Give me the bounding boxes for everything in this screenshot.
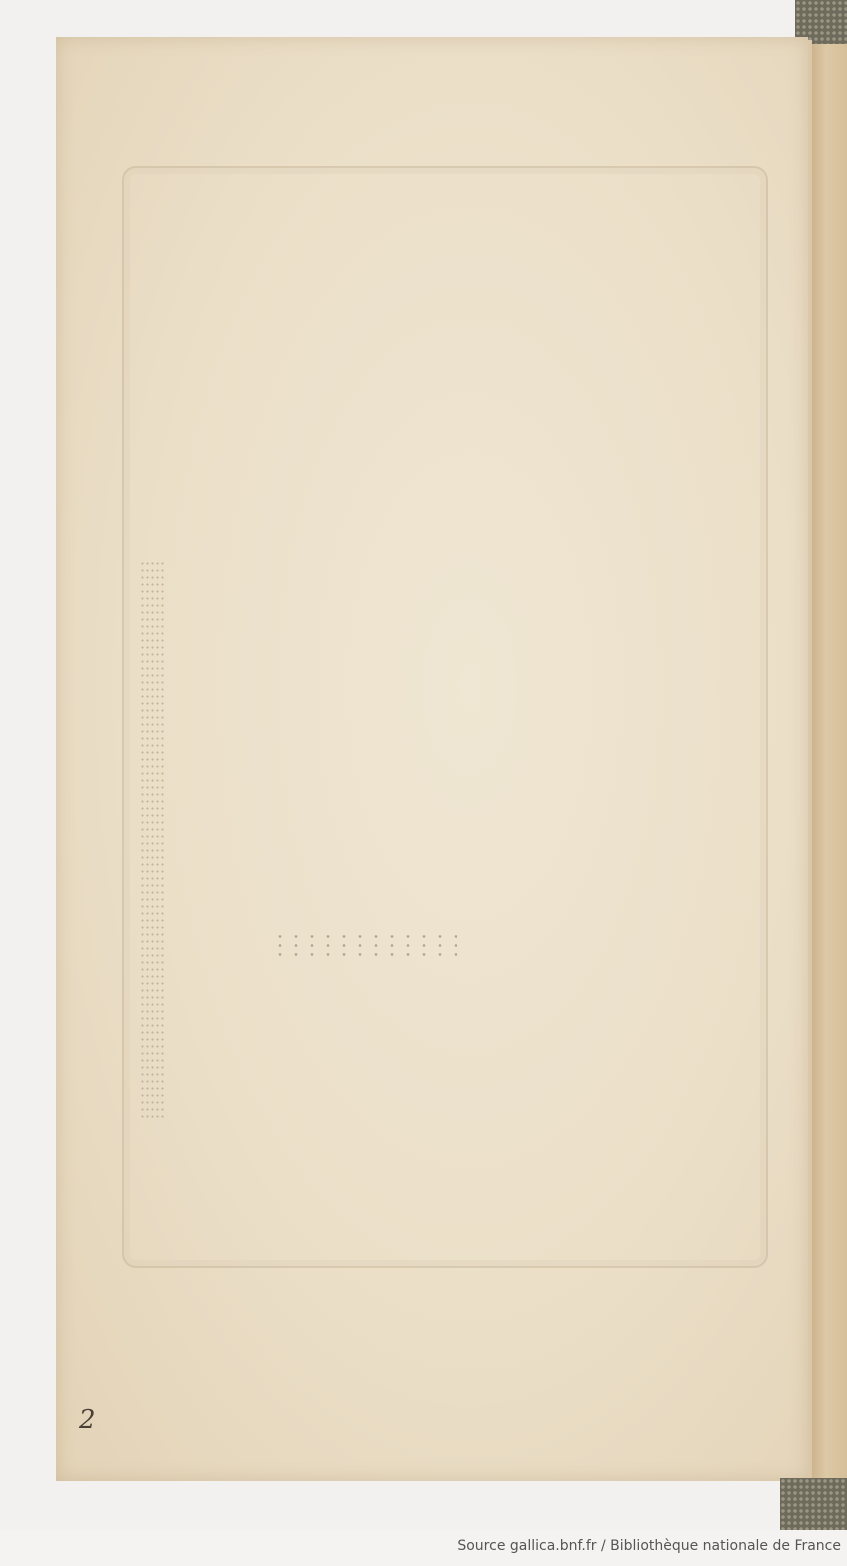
handwritten-page-number: 2 <box>79 1405 96 1435</box>
source-credit: Source gallica.bnf.fr / Bibliothèque nat… <box>457 1538 841 1554</box>
show-through-text <box>272 932 457 962</box>
facing-page-edge <box>812 44 847 1484</box>
scan-area: 2 <box>0 0 847 1530</box>
show-through-dots <box>140 560 164 1120</box>
book-binding-bottom <box>780 1478 847 1530</box>
embossed-border-frame <box>122 166 768 1268</box>
